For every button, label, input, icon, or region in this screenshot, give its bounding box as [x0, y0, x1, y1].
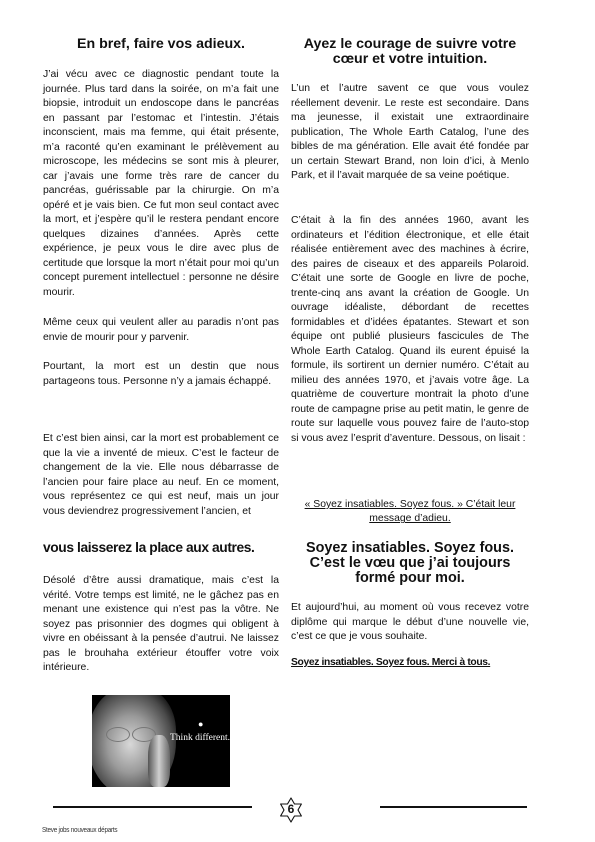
closing-line: Soyez insatiables. Soyez fous. Merci à t… [291, 657, 529, 668]
apple-logo-icon: ● [198, 719, 203, 729]
heading-adieux: En bref, faire vos adieux. [43, 37, 279, 52]
quote-message-adieu: « Soyez insatiables. Soyez fous. » C’éta… [291, 498, 529, 527]
footer-rule-left [53, 806, 252, 808]
page-number: 6 [278, 802, 304, 816]
paragraph-annees-1960: C’était à la fin des années 1960, avant … [291, 214, 529, 446]
page-number-badge: 6 [278, 797, 304, 823]
think-different-tagline: Think different. [170, 733, 230, 743]
heading-soyez-insatiables: Soyez insatiables. Soyez fous. C’est le … [291, 541, 529, 586]
heading-place-aux-autres: vous laisserez la place aux autres. [43, 540, 279, 555]
paragraph-diplome: Et aujourd’hui, au moment où vous receve… [291, 601, 529, 645]
footer-rule-right [380, 806, 527, 808]
paragraph-diagnostic: J’ai vécu avec ce diagnostic pendant tou… [43, 68, 279, 300]
portrait-hand [148, 735, 170, 787]
heading-courage: Ayez le courage de suivre votre cœur et … [291, 37, 529, 67]
paragraph-paradis: Même ceux qui veulent aller au paradis n… [43, 316, 279, 345]
paragraph-whole-earth: L’un et l’autre savent ce que vous voule… [291, 82, 529, 184]
footer-caption: Steve jobs nouveaux départs [42, 825, 117, 834]
paragraph-changement: Et c’est bien ainsi, car la mort est pro… [43, 432, 279, 519]
glasses-left [106, 727, 130, 742]
steve-jobs-photo: ● Think different. [92, 695, 230, 787]
paragraph-temps-limite: Désolé d’être aussi dramatique, mais c’e… [43, 574, 279, 676]
paragraph-destin: Pourtant, la mort est un destin que nous… [43, 360, 279, 389]
